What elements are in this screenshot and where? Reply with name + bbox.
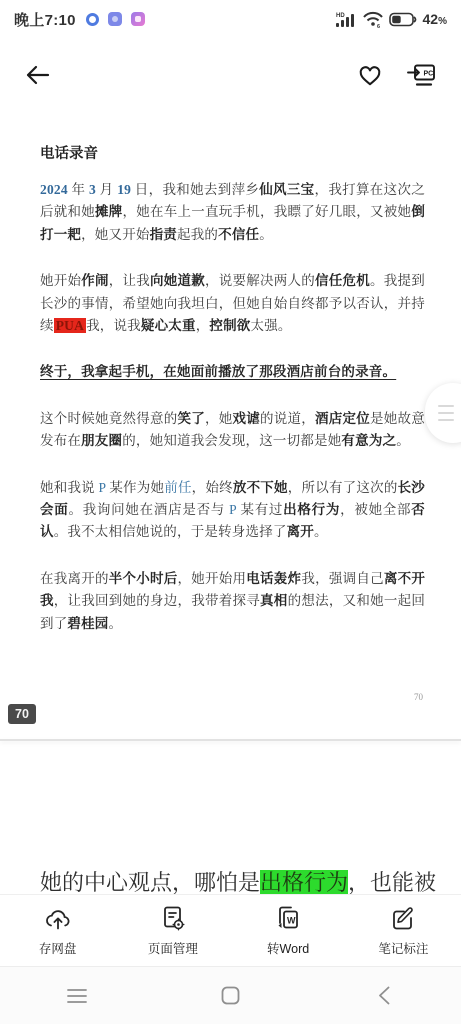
- text-run: 不信任: [218, 227, 259, 242]
- page-divider: [0, 739, 461, 741]
- text-run: ，所以有了这次的: [288, 480, 398, 495]
- notification-app-icon: [108, 12, 122, 26]
- text-run: 起我的: [177, 227, 218, 242]
- paragraph-underlined: 终于，我拿起手机，在她面前播放了那段酒店前台的录音。: [40, 361, 425, 383]
- page-manage-icon: [159, 905, 187, 932]
- highlighted-text: 出格行为: [260, 870, 348, 894]
- text-run: 酒店定位: [315, 411, 370, 426]
- colored-text: 2024: [40, 182, 68, 197]
- nav-back-button[interactable]: [307, 967, 461, 1024]
- colored-text: 前任: [164, 480, 191, 495]
- floating-menu-handle[interactable]: [425, 383, 461, 443]
- colored-text: 19: [117, 182, 131, 197]
- menu-icon: [67, 988, 87, 1004]
- text-run: ，也能被: [348, 870, 436, 894]
- back-arrow-icon: [24, 64, 50, 86]
- document-page: 电话录音 2024 年 3 月 19 日，我和她去到萍乡仙风三宝，我打算在这次之…: [40, 142, 425, 659]
- text-run: 指责: [150, 227, 177, 242]
- bottom-toolbar: 存网盘 页面管理 W 转Word: [0, 894, 461, 967]
- signal-strength-icon: HD: [335, 11, 357, 28]
- text-run: 。: [109, 616, 123, 631]
- text-run: 仙风三宝: [259, 182, 314, 197]
- text-run: 。我询问她在酒店是否与: [68, 502, 229, 517]
- text-run: 离开: [287, 524, 314, 539]
- header-bar: PC: [0, 48, 461, 102]
- nav-menu-button[interactable]: [0, 967, 154, 1024]
- toolbar-label: 页面管理: [148, 939, 198, 957]
- paragraph: 她和我说 P 某作为她前任，始终放不下她，所以有了这次的长沙会面。我询问她在酒店…: [40, 477, 425, 544]
- nav-home-button[interactable]: [154, 967, 308, 1024]
- text-run: 终于，我拿起手机，在她面前播放了那段酒店前台的录音。: [40, 364, 396, 379]
- text-run: 月: [96, 182, 117, 197]
- toolbar-note-annotate[interactable]: 笔记标注: [346, 895, 461, 967]
- text-run: 年: [68, 182, 89, 197]
- notification-icons: [86, 12, 145, 26]
- text-run: ，说要解决两人的: [205, 273, 315, 288]
- heart-icon: [357, 63, 383, 87]
- toolbar-page-manage[interactable]: 页面管理: [115, 895, 230, 967]
- text-run: 她和我说: [40, 480, 99, 495]
- battery-percent: 42%: [423, 11, 447, 27]
- text-run: 笑了: [178, 411, 206, 426]
- status-bar: 晚上7:10 HD 6: [0, 0, 461, 38]
- notification-gallery-icon: [131, 12, 145, 26]
- chevron-left-icon: [378, 986, 390, 1005]
- clock: 晚上7:10: [14, 9, 76, 30]
- paragraph: 这个时候她竟然得意的笑了，她戏谑的说道，酒店定位是她故意发布在朋友圈的，她知道我…: [40, 408, 425, 453]
- text-run: 朋友圈: [81, 433, 122, 448]
- battery-icon: [389, 12, 417, 27]
- text-run: 半个小时后: [109, 571, 178, 586]
- text-run: 太强。: [251, 318, 292, 333]
- toolbar-label: 转Word: [267, 939, 309, 957]
- svg-text:PC: PC: [424, 71, 434, 78]
- text-run: 戏谑: [233, 411, 261, 426]
- svg-text:6: 6: [377, 24, 380, 28]
- paragraph: 2024 年 3 月 19 日，我和她去到萍乡仙风三宝，我打算在这次之后就和她摊…: [40, 179, 425, 246]
- text-run: 这个时候她竟然得意的: [40, 411, 178, 426]
- svg-text:HD: HD: [336, 13, 345, 19]
- text-run: ，: [196, 318, 210, 333]
- text-run: ，她: [205, 411, 233, 426]
- text-run: 有意为之: [341, 433, 396, 448]
- text-run: ，让我: [109, 273, 150, 288]
- text-run: 我，说我: [86, 318, 141, 333]
- app-screen: 晚上7:10 HD 6: [0, 0, 461, 1024]
- next-page-text-fragment: 她的中心观点，哪怕是出格行为，也能被: [40, 869, 461, 894]
- text-run: ，她在车上一直玩手机，我瞟了好几眼，又被她: [123, 204, 412, 219]
- text-run: 出格行为: [283, 502, 340, 517]
- to-word-icon: W: [274, 905, 302, 932]
- toolbar-label: 笔记标注: [378, 939, 428, 957]
- text-run: 。: [314, 524, 328, 539]
- text-run: 碧桂园: [67, 616, 108, 631]
- home-square-icon: [221, 986, 240, 1005]
- text-run: ，始终: [192, 480, 233, 495]
- send-to-pc-button[interactable]: PC: [407, 62, 437, 88]
- document-footer-page-number: 70: [414, 692, 423, 702]
- text-run: 某有过: [236, 502, 283, 517]
- text-run: 。: [259, 227, 273, 242]
- text-run: 某作为她: [106, 480, 165, 495]
- text-run: 。我不太相信她说的，于是转身选择了: [54, 524, 287, 539]
- text-run: 的说道，: [260, 411, 315, 426]
- text-run: 。: [396, 433, 410, 448]
- toolbar-to-word[interactable]: W 转Word: [231, 895, 346, 967]
- handle-lines-icon: [438, 405, 461, 407]
- document-title: 电话录音: [40, 142, 425, 163]
- text-run: ，被她全部: [340, 502, 411, 517]
- text-run: 我，强调自己: [301, 571, 384, 586]
- text-run: 控制欲: [209, 318, 250, 333]
- wifi-icon: 6: [363, 11, 383, 28]
- text-run: 信任危机: [315, 273, 370, 288]
- page-indicator-badge: 70: [8, 704, 36, 724]
- text-run: 疑心太重: [141, 318, 196, 333]
- text-run: 日，我和她去到萍乡: [131, 182, 259, 197]
- paragraph: 在我离开的半个小时后，她开始用电话轰炸我，强调自己离不开我，让我回到她的身边，我…: [40, 568, 425, 635]
- notification-dot-icon: [86, 13, 99, 26]
- text-run: ，她开始用: [178, 571, 247, 586]
- back-button[interactable]: [24, 64, 50, 86]
- text-run: 她开始: [40, 273, 81, 288]
- note-annotate-icon: [389, 905, 417, 932]
- text-run: 在我离开的: [40, 571, 109, 586]
- highlighted-text: PUA: [54, 318, 86, 333]
- paragraph: 她开始作闹，让我向她道歉，说要解决两人的信任危机。我提到长沙的事情，希望她向我坦…: [40, 270, 425, 337]
- favorite-button[interactable]: [357, 63, 383, 87]
- text-run: ，她又开始: [81, 227, 150, 242]
- android-nav-bar: [0, 967, 461, 1024]
- text-run: 向她道歉: [150, 273, 205, 288]
- text-run: 她的中心观点，哪怕是: [40, 870, 260, 894]
- text-run: 的，她知道我会发现，这一切都是她: [122, 433, 341, 448]
- text-run: 电话轰炸: [246, 571, 301, 586]
- text-run: 放不下她: [233, 480, 288, 495]
- colored-text: 3: [89, 182, 96, 197]
- toolbar-label: 存网盘: [39, 939, 77, 957]
- toolbar-save-to-cloud[interactable]: 存网盘: [0, 895, 115, 967]
- svg-text:W: W: [287, 916, 296, 926]
- send-to-pc-icon: PC: [407, 62, 437, 88]
- colored-text: P: [99, 480, 106, 495]
- text-run: 真相: [260, 593, 288, 608]
- text-run: 摊牌: [95, 204, 123, 219]
- text-run: ，让我回到她的身边，我带着探寻: [54, 593, 260, 608]
- text-run: 作闹: [81, 273, 109, 288]
- cloud-upload-icon: [43, 905, 73, 932]
